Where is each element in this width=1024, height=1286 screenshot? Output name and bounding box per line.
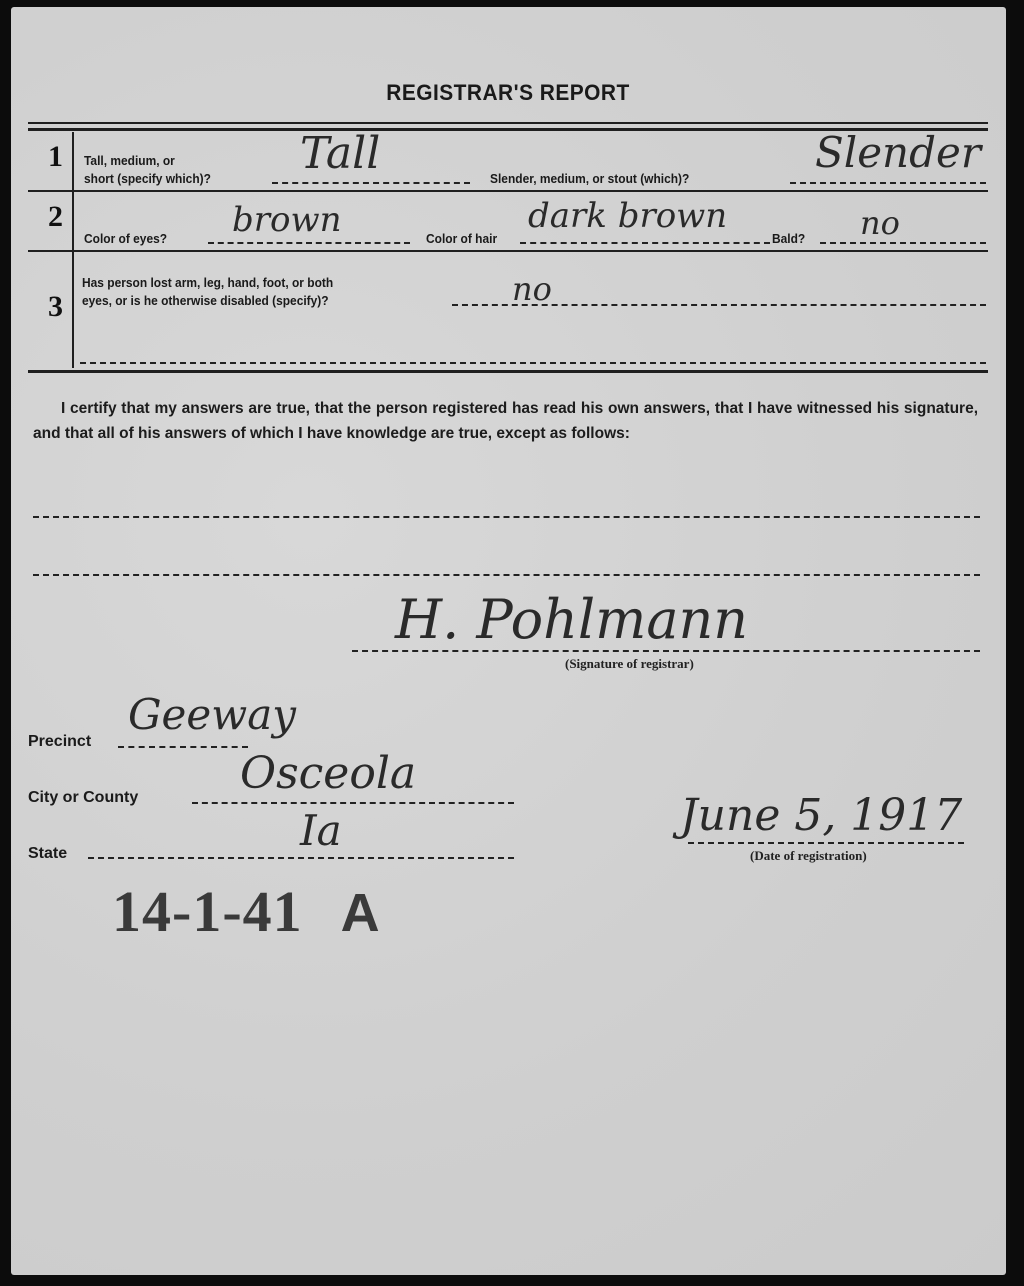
eye-color-line	[208, 242, 410, 244]
hair-color-label: Color of hair	[426, 230, 497, 247]
exceptions-line-2[interactable]	[33, 574, 980, 576]
eye-color-label: Color of eyes?	[84, 230, 167, 247]
city-county-value[interactable]: Osceola	[240, 748, 416, 799]
page-title: REGISTRAR'S REPORT	[25, 80, 990, 106]
registration-date[interactable]: June 5, 1917	[680, 790, 962, 841]
signature-line	[352, 650, 980, 652]
height-answer-line	[272, 182, 470, 184]
stamp-number: 14-1-41	[112, 879, 303, 944]
number-column-divider	[72, 132, 74, 368]
registrar-signature[interactable]: H. Pohlmann	[395, 588, 748, 651]
question-number-3: 3	[48, 290, 63, 324]
height-answer[interactable]: Tall	[300, 128, 380, 179]
height-label-line1: Tall, medium, or	[84, 152, 175, 169]
eye-color-answer[interactable]: brown	[232, 200, 342, 240]
date-caption: (Date of registration)	[750, 848, 867, 864]
disability-answer[interactable]: no	[512, 270, 552, 308]
precinct-line	[118, 746, 248, 748]
state-value[interactable]: Ia	[300, 806, 342, 855]
row-divider	[28, 250, 988, 252]
signature-caption: (Signature of registrar)	[565, 656, 694, 672]
disability-line-2	[80, 362, 986, 364]
precinct-value[interactable]: Geeway	[128, 690, 296, 739]
state-line	[88, 857, 514, 859]
question-number-2: 2	[48, 200, 63, 234]
row-divider	[28, 370, 988, 373]
disability-label-line1: Has person lost arm, leg, hand, foot, or…	[82, 274, 333, 291]
bald-line	[820, 242, 986, 244]
stamp-letter: A	[341, 883, 381, 943]
certification-text: I certify that my answers are true, that…	[33, 396, 978, 446]
build-answer[interactable]: Slender	[815, 128, 981, 177]
date-line	[688, 842, 964, 844]
question-number-1: 1	[48, 140, 63, 174]
hair-color-answer[interactable]: dark brown	[528, 196, 727, 236]
build-label: Slender, medium, or stout (which)?	[490, 170, 689, 187]
state-label: State	[28, 845, 67, 863]
exceptions-line-1[interactable]	[33, 516, 980, 518]
height-label-line2: short (specify which)?	[84, 170, 211, 187]
top-rule	[28, 122, 988, 124]
city-county-label: City or County	[28, 789, 138, 807]
hair-color-line	[520, 242, 770, 244]
build-answer-line	[790, 182, 986, 184]
certification-statement: I certify that my answers are true, that…	[33, 400, 978, 442]
city-county-line	[192, 802, 514, 804]
row-divider	[28, 190, 988, 192]
precinct-label: Precinct	[28, 733, 91, 751]
disability-label-line2: eyes, or is he otherwise disabled (speci…	[82, 292, 329, 309]
bald-answer[interactable]: no	[860, 204, 900, 242]
bald-label: Bald?	[772, 230, 805, 247]
serial-stamp: 14-1-41A	[112, 878, 381, 945]
